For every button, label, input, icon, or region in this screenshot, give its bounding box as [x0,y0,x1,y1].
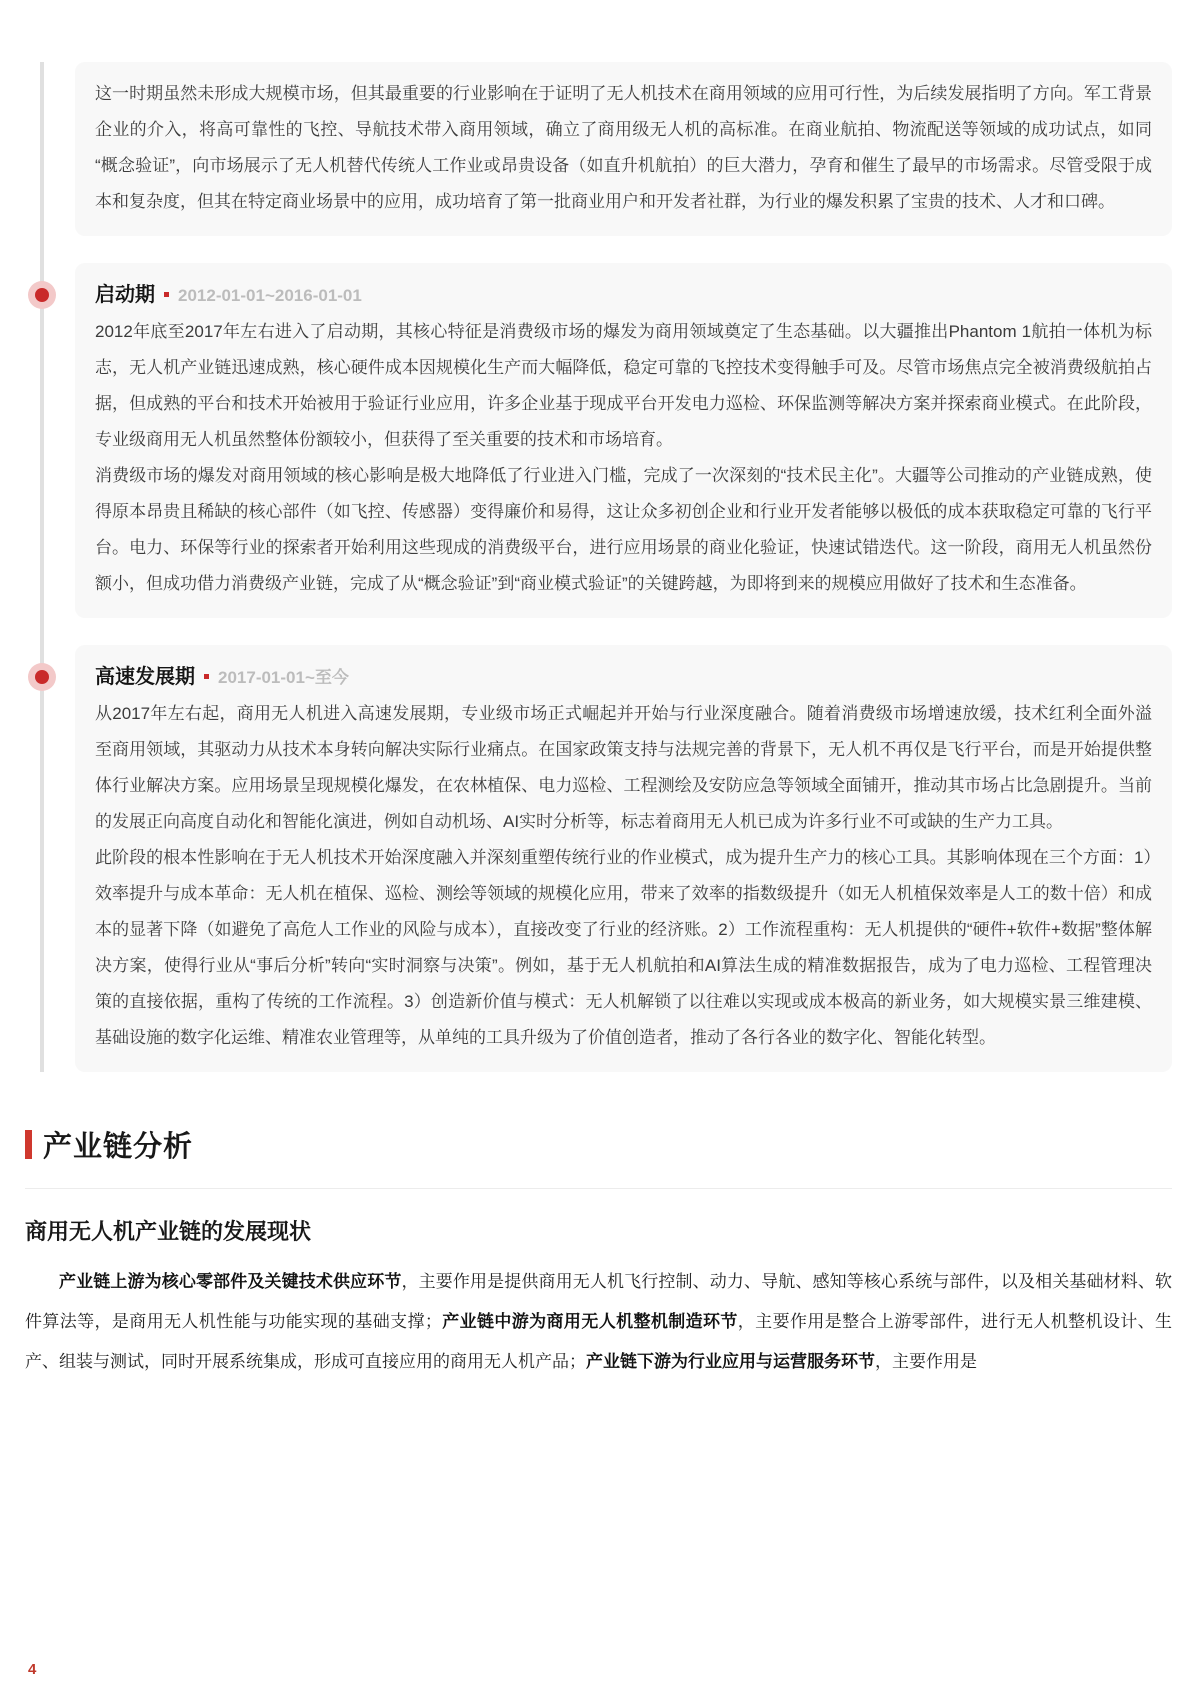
timeline-entry-paragraph: 此阶段的根本性影响在于无人机技术开始深度融入并深刻重塑传统行业的作业模式，成为提… [95,840,1152,1056]
red-square-separator-icon [164,292,169,297]
industry-chain-paragraph: 产业链上游为核心零部件及关键技术供应环节，主要作用是提供商用无人机飞行控制、动力… [25,1262,1172,1382]
section-accent-bar [25,1130,32,1159]
timeline-entry-title: 启动期 [95,284,155,306]
timeline-entry-startup: 启动期2012-01-01~2016-01-01 2012年底至2017年左右进… [75,263,1172,618]
timeline-vertical-line [40,62,44,1072]
report-page: 这一时期虽然未形成大规模市场，但其最重要的行业影响在于证明了无人机技术在商用领域… [0,0,1200,1700]
timeline: 这一时期虽然未形成大规模市场，但其最重要的行业影响在于证明了无人机技术在商用领域… [75,62,1172,1072]
paragraph-bold-upstream: 产业链上游为核心零部件及关键技术供应环节 [59,1272,402,1291]
page-number: 4 [28,1661,36,1678]
timeline-entry-header: 高速发展期2017-01-01~至今 [95,659,1152,696]
timeline-dot-inner-icon [35,288,49,302]
timeline-entry-daterange: 2012-01-01~2016-01-01 [178,286,362,305]
timeline-dot-icon [28,281,56,309]
timeline-entry-paragraph: 从2017年左右起，商用无人机进入高速发展期，专业级市场正式崛起并开始与行业深度… [95,696,1152,840]
timeline-intro-item: 这一时期虽然未形成大规模市场，但其最重要的行业影响在于证明了无人机技术在商用领域… [75,62,1172,236]
timeline-intro-card: 这一时期虽然未形成大规模市场，但其最重要的行业影响在于证明了无人机技术在商用领域… [75,62,1172,236]
timeline-entry-card: 启动期2012-01-01~2016-01-01 2012年底至2017年左右进… [75,263,1172,618]
paragraph-text: ，主要作用是 [875,1352,977,1371]
timeline-entry-header: 启动期2012-01-01~2016-01-01 [95,277,1152,314]
section-divider [25,1188,1172,1189]
timeline-dot-icon [28,663,56,691]
timeline-entry-daterange: 2017-01-01~至今 [218,668,349,687]
paragraph-bold-midstream: 产业链中游为商用无人机整机制造环节 [442,1312,738,1331]
section-title: 产业链分析 [43,1124,193,1165]
industry-chain-section: 产业链分析 商用无人机产业链的发展现状 产业链上游为核心零部件及关键技术供应环节… [25,1124,1172,1382]
red-square-separator-icon [204,674,209,679]
intro-paragraph: 这一时期虽然未形成大规模市场，但其最重要的行业影响在于证明了无人机技术在商用领域… [95,76,1152,220]
timeline-entry-title: 高速发展期 [95,666,195,688]
subsection-title: 商用无人机产业链的发展现状 [25,1215,1172,1246]
timeline-entry-paragraph: 2012年底至2017年左右进入了启动期，其核心特征是消费级市场的爆发为商用领域… [95,314,1152,458]
timeline-entry-card: 高速发展期2017-01-01~至今 从2017年左右起，商用无人机进入高速发展… [75,645,1172,1072]
timeline-dot-inner-icon [35,670,49,684]
paragraph-bold-downstream: 产业链下游为行业应用与运营服务环节 [586,1352,875,1371]
timeline-entry-rapid-growth: 高速发展期2017-01-01~至今 从2017年左右起，商用无人机进入高速发展… [75,645,1172,1072]
section-title-row: 产业链分析 [25,1124,1172,1165]
timeline-entry-paragraph: 消费级市场的爆发对商用领域的核心影响是极大地降低了行业进入门槛，完成了一次深刻的… [95,458,1152,602]
